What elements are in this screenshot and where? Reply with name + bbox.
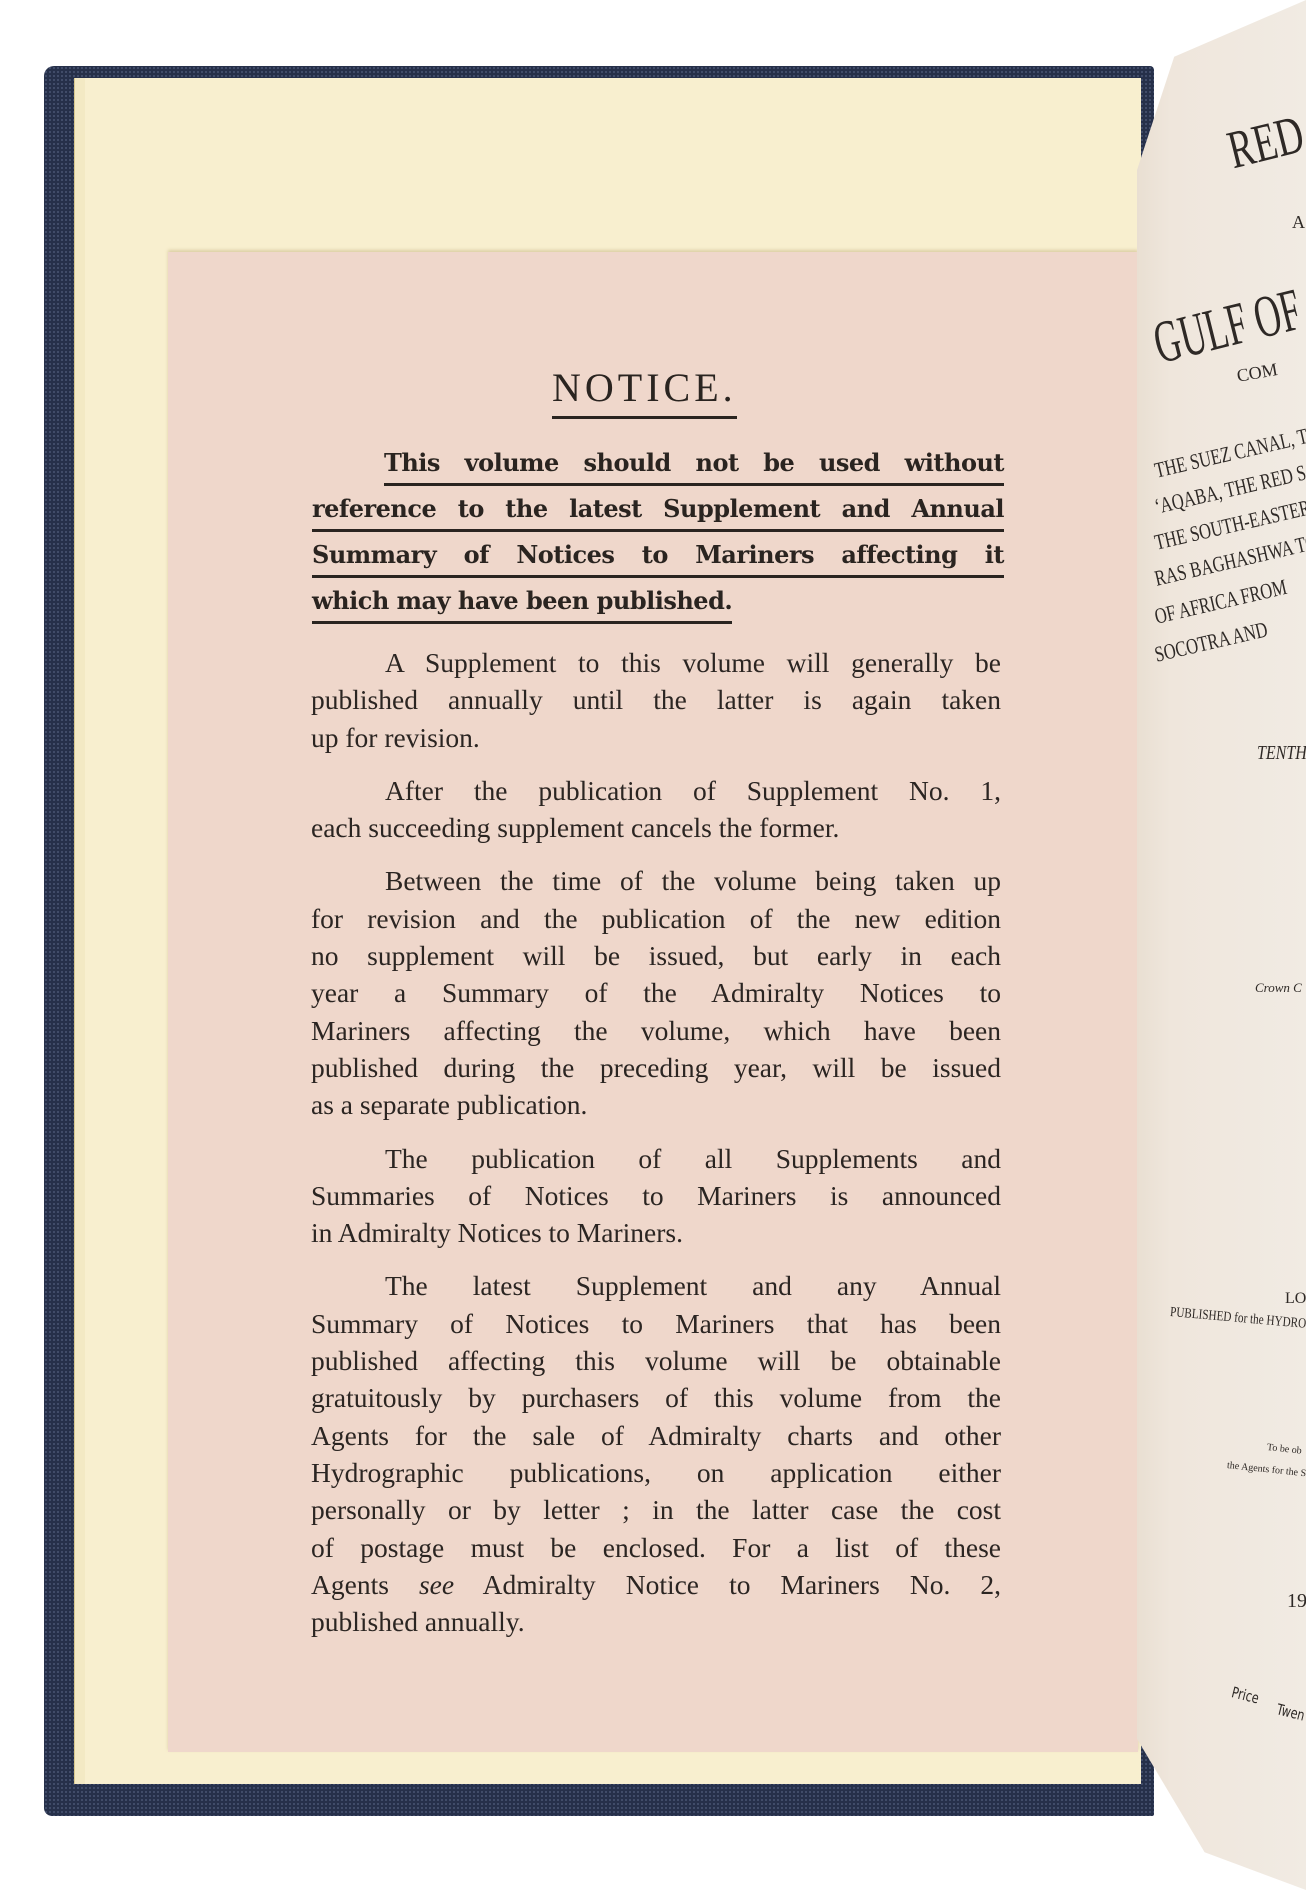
title-comprising: COM (1235, 359, 1279, 387)
title-gulf: GULF OF A (1147, 267, 1306, 378)
text-line: published annually. (311, 1603, 1001, 1640)
text-line: each succeeding supplement cancels the f… (311, 809, 1001, 846)
text-line: A Supplement to this volume will general… (311, 644, 1001, 681)
title-page: RED A GULF OF A COM THE SUEZ CANAL, T ‘A… (1137, 0, 1306, 1890)
agents-line: the Agents for the Sa (1226, 1460, 1306, 1480)
text-line: up for revision. (311, 719, 1001, 756)
text-fragment: Admiralty Notice to Mariners No. 2, (454, 1569, 1001, 1600)
warning-line: This volume should not be used without (384, 440, 1004, 486)
text-line: gratuitously by purchasers of this volum… (311, 1379, 1001, 1416)
warning-line: reference to the latest Supplement and A… (312, 486, 1004, 532)
text-line: no supplement will be issued, but early … (311, 937, 1001, 974)
text-line: Between the time of the volume being tak… (311, 862, 1001, 899)
text-line: Mariners affecting the volume, which hav… (311, 1012, 1001, 1049)
text-fragment: Agents (311, 1569, 419, 1600)
obtain-line: To be ob (1266, 1442, 1302, 1457)
text-line: for revision and the publication of the … (311, 900, 1001, 937)
text-line: personally or by letter ; in the latter … (311, 1491, 1001, 1528)
paragraph-supplement: A Supplement to this volume will general… (311, 644, 1001, 756)
notice-title: NOTICE. (552, 368, 737, 419)
italic-see: see (419, 1569, 454, 1600)
text-line: Hydrographic publications, on applicatio… (311, 1454, 1001, 1491)
notice-body: A Supplement to this volume will general… (311, 644, 1001, 1656)
title-and: A (1292, 212, 1305, 233)
text-line: in Admiralty Notices to Mariners. (311, 1214, 1001, 1251)
year-label: 19 (1287, 1590, 1306, 1613)
text-line: The publication of all Supplements and (311, 1140, 1001, 1177)
text-line: Agents for the sale of Admiralty charts … (311, 1417, 1001, 1454)
text-line: The latest Supplement and any Annual (311, 1267, 1001, 1304)
text-line: of postage must be enclosed. For a list … (311, 1529, 1001, 1566)
publisher-line: PUBLISHED for the HYDROGRA (1169, 1305, 1306, 1335)
text-line: published during the preceding year, wil… (311, 1049, 1001, 1086)
paragraph-announcement: The publication of all Supplements and S… (311, 1140, 1001, 1252)
text-line-with-italic: Agents see Admiralty Notice to Mariners … (311, 1566, 1001, 1603)
price-amount: Twen (1275, 1700, 1306, 1724)
text-line: published affecting this volume will be … (311, 1342, 1001, 1379)
text-line: After the publication of Supplement No. … (311, 772, 1001, 809)
text-line: year a Summary of the Admiralty Notices … (311, 974, 1001, 1011)
paragraph-obtaining: The latest Supplement and any Annual Sum… (311, 1267, 1001, 1640)
place-label: LO (1285, 1290, 1306, 1308)
price-label: Price (1230, 1683, 1261, 1707)
crown-copyright: Crown C (1255, 980, 1302, 996)
text-line: as a separate publication. (311, 1086, 1001, 1123)
text-line: Summary of Notices to Mariners that has … (311, 1305, 1001, 1342)
text-line: published annually until the latter is a… (311, 681, 1001, 718)
title-red: RED (1222, 103, 1306, 181)
warning-line: Summary of Notices to Mariners affecting… (312, 532, 1004, 578)
notice-warning: This volume should not be used without r… (312, 440, 1004, 624)
paragraph-cancellation: After the publication of Supplement No. … (311, 772, 1001, 847)
edition-label: TENTH (1257, 742, 1306, 765)
paragraph-revision: Between the time of the volume being tak… (311, 862, 1001, 1123)
warning-line: which may have been published. (312, 578, 732, 624)
text-line: Summaries of Notices to Mariners is anno… (311, 1177, 1001, 1214)
